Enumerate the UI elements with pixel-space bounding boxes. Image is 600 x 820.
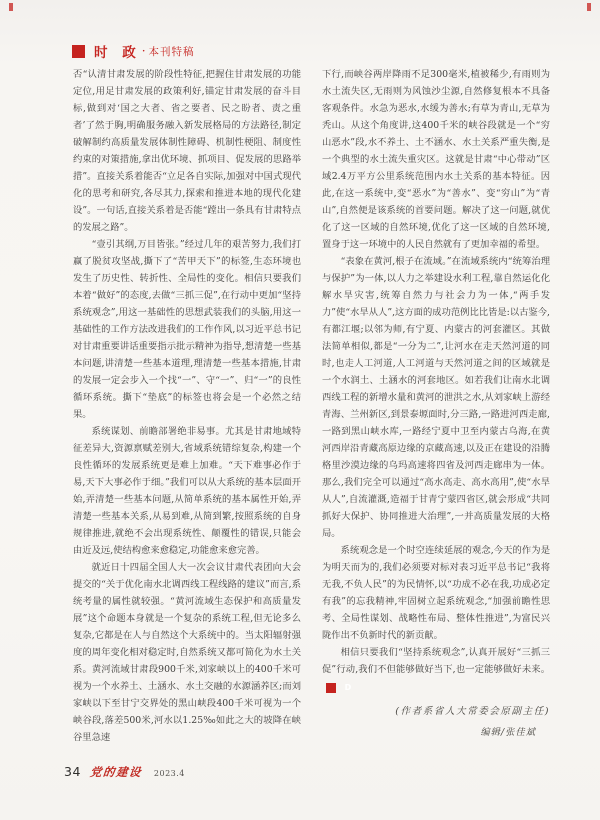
article-end-mark: D bbox=[326, 683, 336, 693]
article-body: 否“认清甘肃发展的阶段性特征,把握住甘肃发展的功能定位,用足甘肃发展的政策利好,… bbox=[73, 66, 550, 746]
page-footer: 34 党的建设 2023.4 bbox=[64, 764, 185, 780]
paragraph-closing: 相信只要我们“坚持系统观念”,认真开展好“三抓三促”行动,我们不但能够做好当下,… bbox=[322, 644, 550, 695]
magazine-page: 时 政 · 本刊特稿 否“认清甘肃发展的阶段性特征,把握住甘肃发展的功能定位,用… bbox=[0, 0, 600, 820]
paragraph: “壹引其纲,万目皆张。”经过几年的艰苦努力,我们打赢了脱贫攻坚战,撕下了“苦甲天… bbox=[73, 236, 301, 423]
paragraph: 就近日十四届全国人大一次会议甘肃代表团向大会提交的“关于优化南水北调西线工程线路… bbox=[73, 559, 301, 746]
paragraph: “表象在黄河,根子在流域。”在流域系统内“统筹治理与保护”为一体,以人力之举建设… bbox=[322, 253, 550, 542]
issue-number: 2023.4 bbox=[154, 769, 185, 778]
closing-text: 相信只要我们“坚持系统观念”,认真开展好“三抓三促”行动,我们不但能够做好当下,… bbox=[322, 647, 550, 675]
magazine-logotype: 党的建设 bbox=[89, 764, 143, 780]
column-left: 否“认清甘肃发展的阶段性特征,把握住甘肃发展的功能定位,用足甘肃发展的政策利好,… bbox=[73, 66, 301, 746]
paragraph-continued: 下行,而峡谷两岸降雨不足300毫米,植被稀少,有雨则为水土流失区,无雨则为风蚀沙… bbox=[322, 66, 550, 253]
column-right: 下行,而峡谷两岸降雨不足300毫米,植被稀少,有雨则为水土流失区,无雨则为风蚀沙… bbox=[322, 66, 550, 746]
editor-credit: 编辑/张佳斌 bbox=[322, 724, 550, 741]
bleed-mark-right bbox=[587, 3, 591, 11]
section-subtitle: 本刊特稿 bbox=[149, 44, 195, 59]
header-separator: · bbox=[142, 44, 146, 58]
author-note: (作者系省人大常委会原副主任) bbox=[322, 703, 550, 720]
section-header: 时 政 · 本刊特稿 bbox=[72, 41, 195, 61]
section-title: 时 政 bbox=[94, 41, 141, 61]
bleed-mark-left bbox=[9, 3, 13, 11]
paragraph: 系统谋划、前瞻部署绝非易事。尤其是甘肃地域特征差异大,资源禀赋差别大,省域系统错… bbox=[73, 423, 301, 559]
page-number: 34 bbox=[64, 764, 81, 779]
paragraph-continued: 否“认清甘肃发展的阶段性特征,把握住甘肃发展的功能定位,用足甘肃发展的政策利好,… bbox=[73, 66, 301, 236]
section-marker-icon bbox=[72, 45, 85, 58]
paragraph: 系统观念是一个时空连续延展的观念,今天的作为是为明天而为的,我们必须要对标对表习… bbox=[322, 542, 550, 644]
